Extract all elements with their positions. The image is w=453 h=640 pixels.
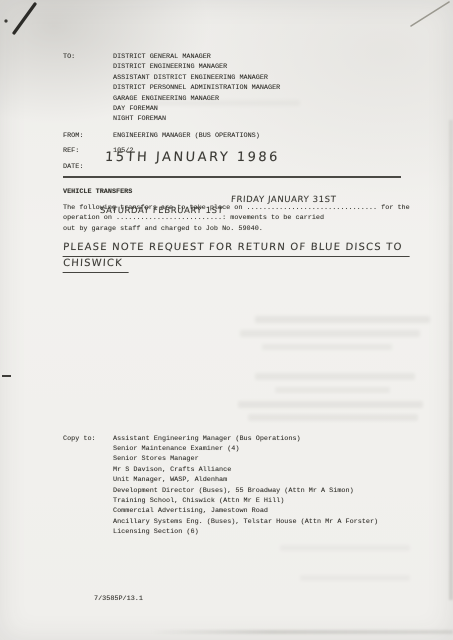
to-recipient: DISTRICT GENERAL MANAGER bbox=[113, 52, 211, 62]
bleed-through bbox=[255, 316, 430, 323]
bleed-through bbox=[240, 330, 420, 337]
copy-recipient: Mr S Davison, Crafts Alliance bbox=[113, 465, 231, 475]
right-edge-shadow bbox=[449, 120, 453, 600]
bleed-through bbox=[280, 545, 410, 551]
to-recipient: GARAGE ENGINEERING MANAGER bbox=[113, 94, 219, 104]
corner-scratch-mark bbox=[401, 0, 453, 30]
bleed-through bbox=[300, 575, 410, 581]
copy-recipient: Assistant Engineering Manager (Bus Opera… bbox=[113, 434, 301, 444]
to-recipient: NIGHT FOREMAN bbox=[113, 114, 166, 124]
footer-reference: 7/3585P/13.1 bbox=[94, 594, 143, 604]
body-line-3: out by garage staff and charged to Job N… bbox=[63, 224, 263, 234]
handwritten-note-line-2: CHISWICK bbox=[63, 258, 130, 273]
copy-recipient: Unit Manager, WASP, Aldenham bbox=[113, 475, 227, 485]
handwritten-operation-date: SATURDAY FEBRUARY 1ST bbox=[100, 206, 224, 216]
header-divider-rule bbox=[63, 176, 401, 178]
date-handwritten: 15TH JANUARY 1986 bbox=[105, 150, 281, 165]
copy-recipient: Ancillary Systems Eng. (Buses), Telstar … bbox=[113, 517, 378, 527]
copy-recipient: Commercial Advertising, Jamestown Road bbox=[113, 506, 268, 516]
body-line-2-tail: : movements to be carried bbox=[222, 214, 324, 222]
handwritten-note-line-1: PLEASE NOTE REQUEST FOR RETURN OF BLUE D… bbox=[63, 242, 411, 257]
date-label: DATE: bbox=[63, 162, 83, 172]
bleed-through bbox=[248, 414, 418, 421]
ref-label: REF: bbox=[63, 146, 79, 156]
to-recipient: DAY FOREMAN bbox=[113, 104, 158, 114]
copy-recipient: Senior Maintenance Examiner (4) bbox=[113, 444, 239, 454]
subject-heading: VEHICLE TRANSFERS bbox=[63, 187, 132, 197]
copy-to-label: Copy to: bbox=[63, 434, 96, 444]
to-recipient: DISTRICT PERSONNEL ADMINISTRATION MANAGE… bbox=[113, 83, 280, 93]
to-recipient: DISTRICT ENGINEERING MANAGER bbox=[113, 62, 227, 72]
from-label: FROM: bbox=[63, 131, 83, 141]
bottom-edge-shadow bbox=[150, 630, 453, 634]
edge-ink-dash bbox=[2, 375, 11, 377]
pen-slash-mark bbox=[2, 0, 52, 40]
bleed-through bbox=[262, 344, 392, 350]
copy-recipient: Training School, Chiswick (Attn Mr E Hil… bbox=[113, 496, 284, 506]
bleed-through bbox=[275, 387, 390, 393]
copy-recipient: Development Director (Buses), 55 Broadwa… bbox=[113, 486, 354, 496]
from-value: ENGINEERING MANAGER (BUS OPERATIONS) bbox=[113, 131, 260, 141]
scanned-memo-page: TO: DISTRICT GENERAL MANAGER DISTRICT EN… bbox=[0, 0, 453, 640]
copy-recipient: Senior Stores Manager bbox=[113, 454, 199, 464]
body-line-1-tail: for the bbox=[377, 204, 410, 212]
bleed-through bbox=[238, 401, 423, 408]
to-recipient: ASSISTANT DISTRICT ENGINEERING MANAGER bbox=[113, 73, 268, 83]
handwritten-transfer-date: FRIDAY JANUARY 31ST bbox=[231, 195, 337, 205]
copy-recipient: Licensing Section (6) bbox=[113, 527, 199, 537]
bleed-through bbox=[255, 373, 415, 380]
to-label: TO: bbox=[63, 52, 75, 62]
